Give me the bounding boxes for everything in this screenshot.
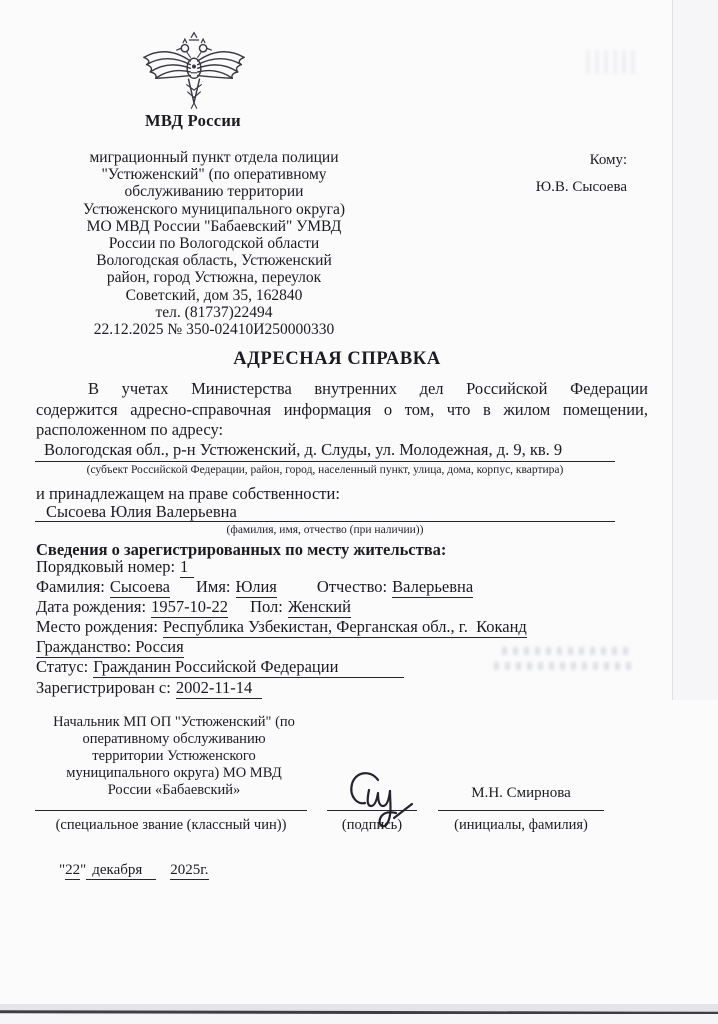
owner-name-value: Сысоева Юлия Валерьевна — [46, 502, 237, 522]
sender-line: МО МВД России "Бабаевский" УМВД — [48, 218, 380, 235]
official-title-line: муниципального округа) МО МВД — [38, 765, 310, 782]
registered-from-value: 2002-11-14 — [176, 678, 262, 699]
intro-line: содержится адресно-справочная информация… — [36, 400, 648, 421]
sender-line: район, город Устюжна, переулок — [48, 269, 380, 286]
signature-caption: (подпись) — [327, 817, 417, 834]
emblem-caption: МВД России — [113, 111, 273, 131]
name-caption: (инициалы, фамилия) — [438, 817, 604, 834]
ink-bleed-artifact — [494, 662, 636, 670]
rank-signature-line — [35, 810, 307, 811]
official-title-line: Начальник МП ОП "Устюженский" (по — [38, 714, 310, 731]
birthdate-value: 1957-10-22 — [151, 597, 228, 618]
surname-label: Фамилия: — [36, 577, 105, 596]
sender-ref-number: 22.12.2025 № 350-02410И250000330 — [48, 321, 380, 338]
registered-fields: Порядковый номер:1 Фамилия:СысоеваИмя:Юл… — [36, 557, 676, 698]
birthdate-label: Дата рождения: — [36, 597, 146, 616]
order-value: 1 — [180, 557, 194, 578]
sex-value: Женский — [288, 597, 351, 618]
ink-bleed-artifact — [502, 647, 628, 655]
recipient-block: Кому: Ю.В. Сысоева — [455, 152, 627, 196]
recipient-name: Ю.В. Сысоева — [455, 179, 627, 196]
citizenship-value: Россия — [135, 637, 184, 656]
sex-label: Пол: — [250, 597, 283, 616]
ownership-label: и принадлежащем на праве собственности: — [36, 484, 340, 504]
address-caption: (субъект Российской Федерации, район, го… — [35, 464, 615, 476]
scan-bottom-margin — [0, 1014, 718, 1024]
field-order-number: Порядковый номер:1 — [36, 557, 676, 577]
ink-bleed-artifact — [586, 50, 640, 74]
official-title-line: территории Устюженского — [38, 748, 310, 765]
recipient-label: Кому: — [455, 152, 627, 169]
date-month: декабря — [86, 862, 156, 880]
official-title-line: оперативному обслуживанию — [38, 731, 310, 748]
official-name: М.Н. Смирнова — [438, 785, 604, 802]
date-year: 2025г. — [170, 862, 208, 880]
sender-line: России по Вологодской области — [48, 235, 380, 252]
order-label: Порядковый номер: — [36, 557, 175, 576]
field-birthdate-sex: Дата рождения:1957-10-22Пол:Женский — [36, 597, 676, 617]
scan-band-artifact — [672, 0, 718, 700]
intro-paragraph: В учетах Министерства внутренних дел Рос… — [36, 379, 648, 441]
address-certificate-document: МВД России миграционный пункт отдела пол… — [0, 0, 718, 1024]
official-title-line: России «Бабаевский» — [38, 782, 310, 799]
patronymic-label: Отчество: — [317, 577, 387, 596]
rank-caption: (специальное звание (классный чин)) — [35, 817, 307, 834]
date-day: 22 — [65, 862, 80, 880]
address-value: Вологодская обл., р-н Устюженский, д. Сл… — [44, 440, 562, 460]
sender-line: Вологодская область, Устюженский — [48, 252, 380, 269]
sender-line: "Устюженский" (по оперативному — [48, 166, 380, 183]
owner-underline — [35, 521, 615, 522]
field-birthplace: Место рождения:Республика Узбекистан, Фе… — [36, 617, 676, 637]
firstname-value: Юлия — [236, 577, 277, 598]
field-fio: Фамилия:СысоеваИмя:ЮлияОтчество:Валерьев… — [36, 577, 676, 597]
birthplace-value: Республика Узбекистан, Ферганская обл., … — [163, 617, 527, 638]
status-value: Гражданин Российской Федерации — [93, 657, 404, 678]
status-label: Статус: — [36, 657, 88, 676]
field-registered-from: Зарегистрирован с:2002-11-14 — [36, 678, 676, 698]
name-signature-line — [438, 810, 604, 811]
intro-line: расположенном по адресу: — [36, 420, 648, 441]
document-date: "22"декабря2025г. — [44, 845, 209, 896]
address-underline — [35, 461, 615, 462]
patronymic-value: Валерьевна — [392, 577, 473, 598]
surname-value: Сысоева — [110, 577, 170, 598]
sender-line: Устюженского муниципального округа) — [48, 201, 380, 218]
firstname-label: Имя: — [196, 577, 231, 596]
birthplace-label: Место рождения: — [36, 617, 158, 636]
sender-phone: тел. (81737)22494 — [48, 304, 380, 321]
sender-address-block: миграционный пункт отдела полиции "Устюж… — [48, 149, 380, 338]
owner-caption: (фамилия, имя, отчество (при наличии)) — [35, 524, 615, 536]
sender-line: Советский, дом 35, 162840 — [48, 287, 380, 304]
official-title-block: Начальник МП ОП "Устюженский" (по операт… — [38, 714, 310, 799]
signature-line — [327, 810, 417, 811]
intro-line: В учетах Министерства внутренних дел Рос… — [36, 379, 648, 400]
document-title: АДРЕСНАЯ СПРАВКА — [30, 349, 644, 370]
mvd-double-headed-eagle-icon — [138, 30, 250, 112]
sender-line: миграционный пункт отдела полиции — [48, 149, 380, 166]
sender-line: обслуживанию территории — [48, 183, 380, 200]
citizenship-label: Гражданство: — [36, 637, 131, 656]
registered-from-label: Зарегистрирован с: — [36, 678, 171, 697]
